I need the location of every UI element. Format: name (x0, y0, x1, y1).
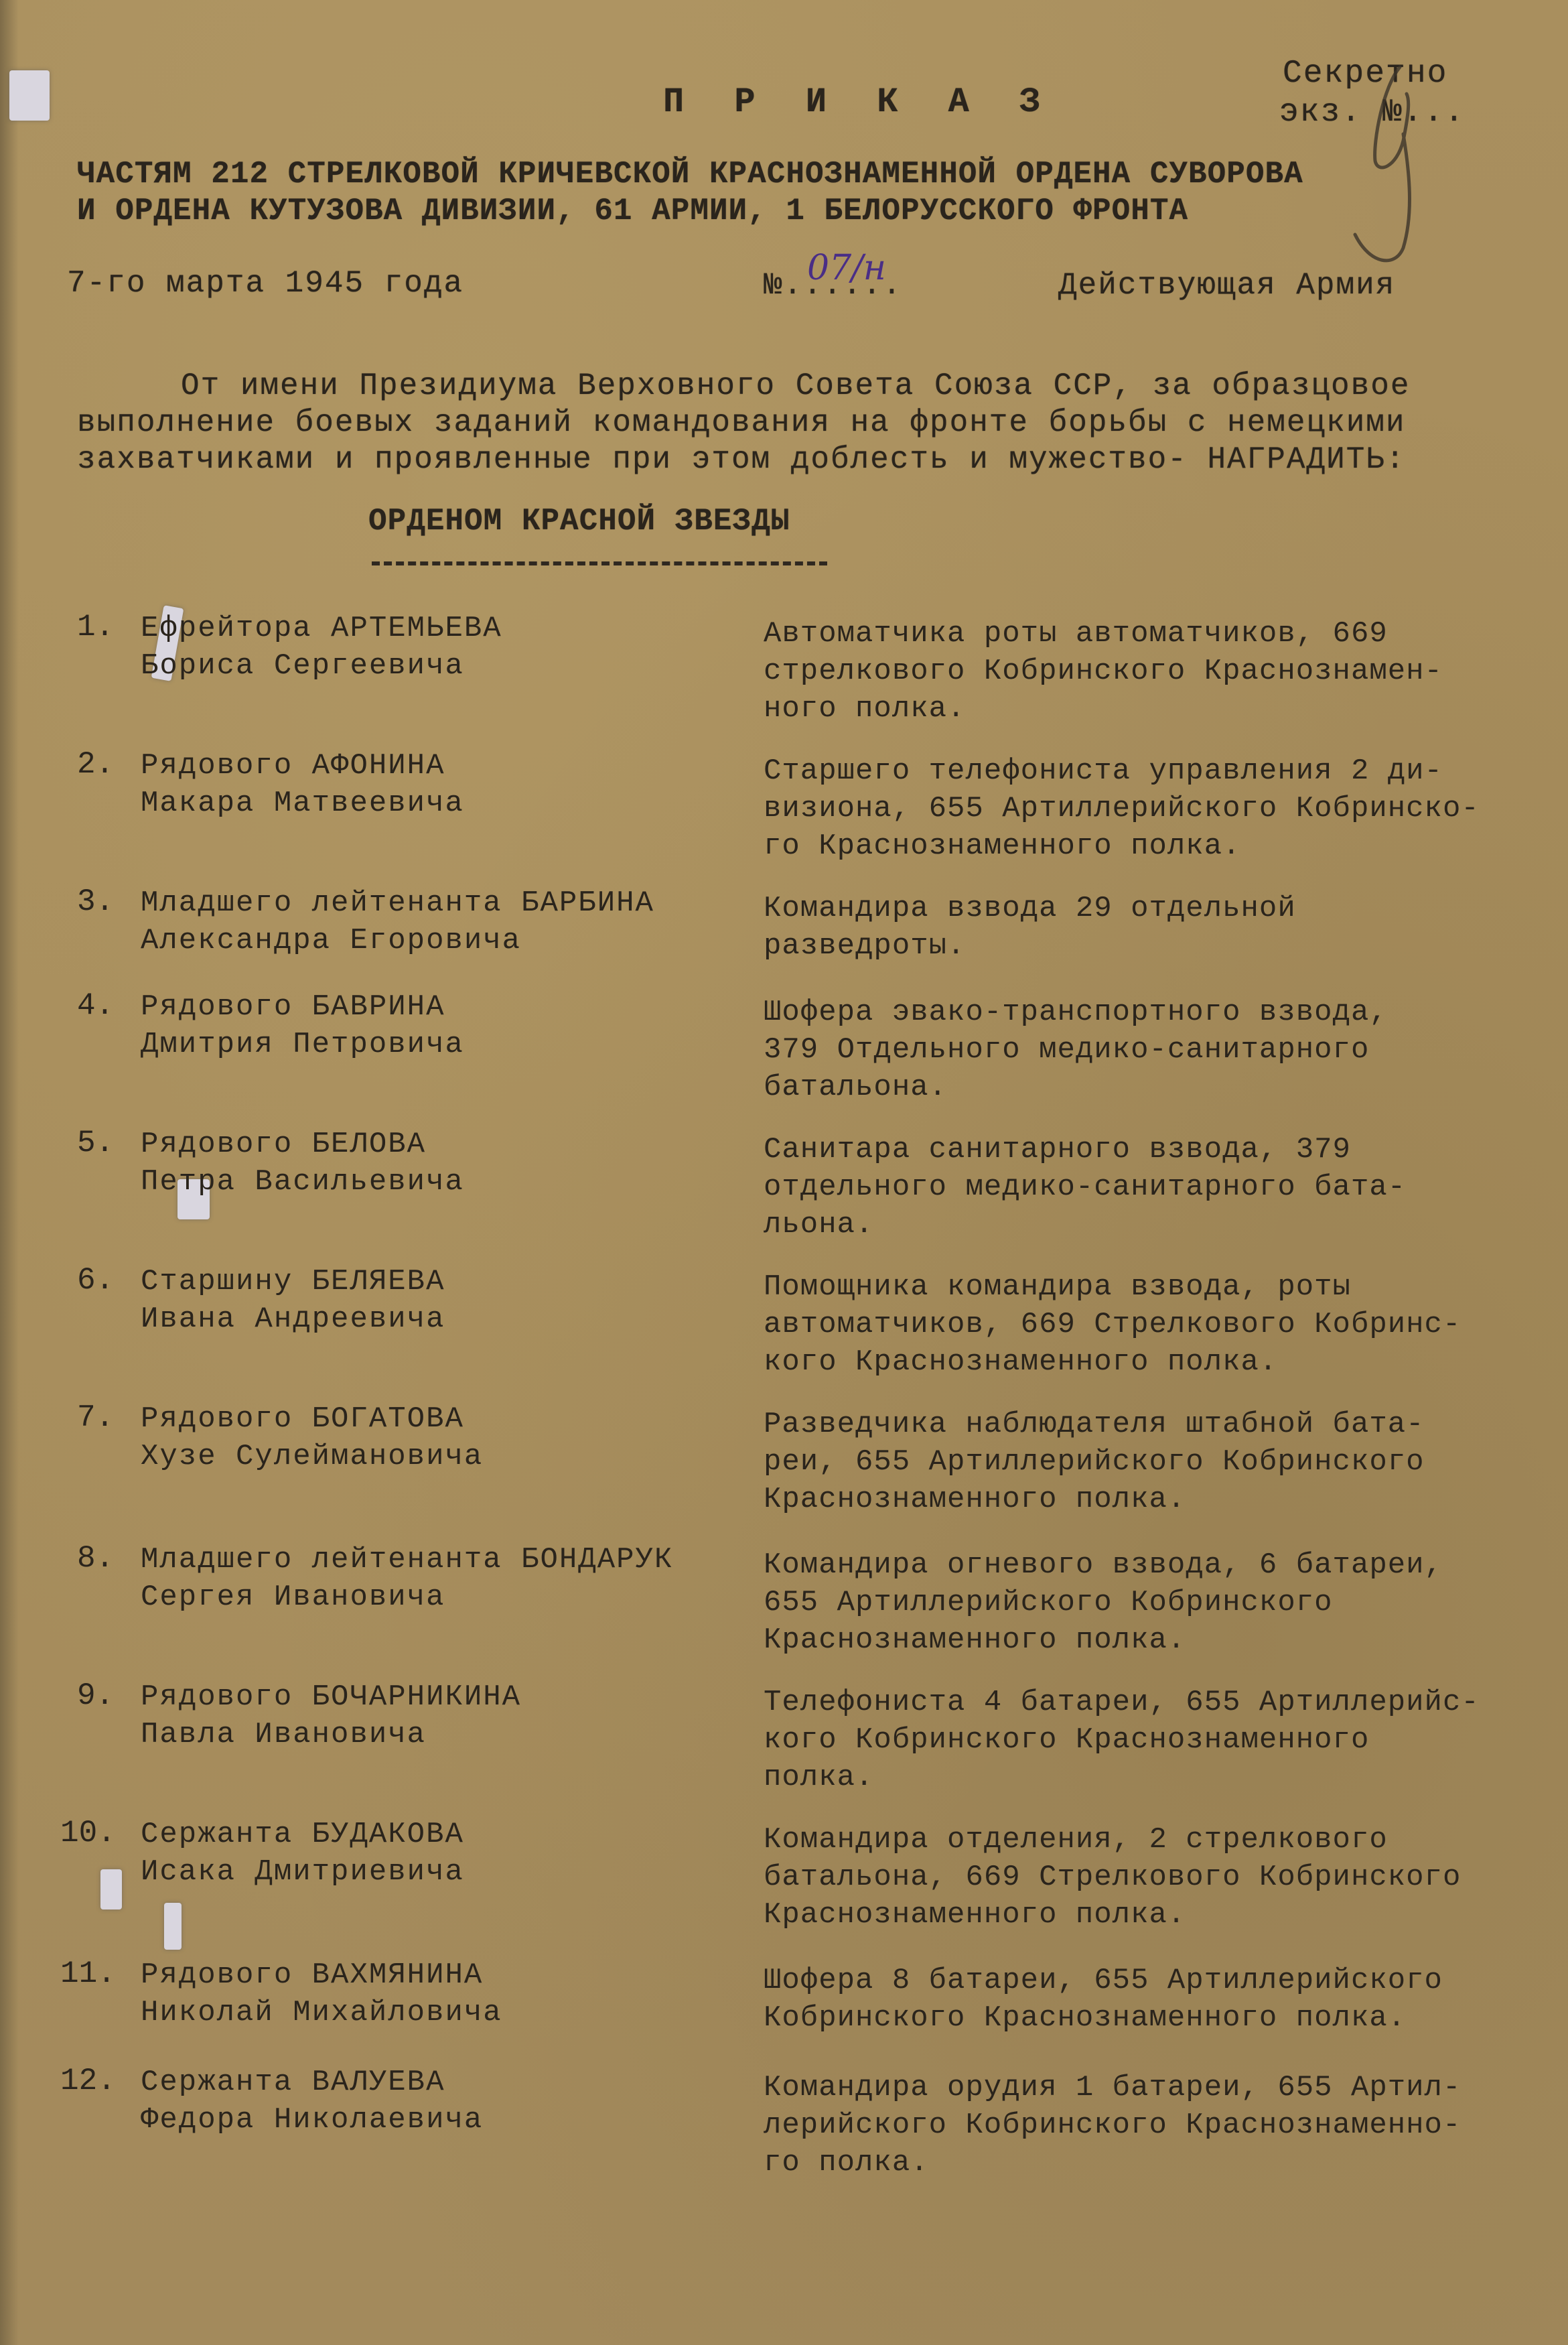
recipient-position-line: Шофера эвако-транспортного взвода, (764, 994, 1388, 1031)
entry-number: 4. (77, 988, 114, 1023)
recipient-position-line: Старшего телефониста управления 2 ди- (764, 752, 1480, 790)
recipient-position-line: разведроты. (764, 927, 1296, 965)
recipient-position-line: Командира орудия 1 батареи, 655 Артил- (764, 2069, 1461, 2106)
recipient-name-line: Николай Михайловича (141, 1994, 502, 2031)
recipient-position-line: отдельного медико-санитарного бата- (764, 1168, 1406, 1206)
recipient-position-line: Разведчика наблюдателя штабной бата- (764, 1406, 1425, 1443)
recipient-position: Командира взвода 29 отдельнойразведроты. (764, 890, 1296, 965)
recipient-position-line: Автоматчика роты автоматчиков, 669 (764, 615, 1443, 653)
recipient-name-line: Хузе Сулеймановича (141, 1438, 483, 1475)
recipient-position: Автоматчика роты автоматчиков, 669стрелк… (764, 615, 1443, 728)
recipient-position-line: 655 Артиллерийского Кобринского (764, 1584, 1443, 1621)
recipient-position-line: Санитара санитарного взвода, 379 (764, 1131, 1406, 1168)
recipient-name-line: Бориса Сергеевича (141, 647, 502, 685)
recipient-name: Младшего лейтенанта БОНДАРУКСергея Ивано… (141, 1541, 673, 1616)
entry-number: 7. (77, 1400, 114, 1435)
recipient-name-line: Федора Николаевича (141, 2101, 483, 2139)
recipient-name-line: Сержанта ВАЛУЕВА (141, 2064, 483, 2101)
award-underline (372, 561, 827, 565)
recipient-name: Младшего лейтенанта БАРБИНААлександра Ег… (141, 884, 654, 959)
award-title: ОРДЕНОМ КРАСНОЙ ЗВЕЗДЫ (368, 503, 790, 540)
recipient-position-line: Телефониста 4 батареи, 655 Артиллерийс- (764, 1684, 1480, 1721)
recipient-name: Ефрейтора АРТЕМЬЕВАБориса Сергеевича (141, 610, 502, 685)
recipient-position-line: ного полка. (764, 690, 1443, 728)
recipient-position-line: автоматчиков, 669 Стрелкового Кобринс- (764, 1306, 1461, 1343)
recipient-position-line: Командира взвода 29 отдельной (764, 890, 1296, 927)
order-number-handwritten: 07/н (807, 248, 886, 288)
entry-number: 10. (60, 1816, 116, 1851)
addressee-line-2: И ОРДЕНА КУТУЗОВА ДИВИЗИИ, 61 АРМИИ, 1 Б… (77, 192, 1188, 230)
entry-number: 2. (77, 747, 114, 782)
recipient-name: Рядового БАВРИНАДмитрия Петровича (141, 988, 464, 1063)
recipient-name: Сержанта БУДАКОВАИсака Дмитриевича (141, 1816, 464, 1891)
recipient-position-line: Командира огневого взвода, 6 батареи, (764, 1546, 1443, 1584)
preamble-line-3: захватчиками и проявленные при этом добл… (77, 441, 1406, 478)
entry-number: 9. (77, 1678, 114, 1713)
recipient-position-line: кого Краснознаменного полка. (764, 1343, 1461, 1381)
punch-hole-top (9, 70, 50, 121)
handwritten-mark-icon (1336, 60, 1430, 275)
recipient-name: Рядового БОГАТОВАХузе Сулеймановича (141, 1400, 483, 1475)
recipient-position-line: лерийского Кобринского Краснознаменно- (764, 2106, 1461, 2144)
entry-number: 3. (77, 884, 114, 919)
addressee-line-1: ЧАСТЯМ 212 СТРЕЛКОВОЙ КРИЧЕВСКОЙ КРАСНОЗ… (77, 155, 1303, 193)
recipient-name: Рядового ВАХМЯНИНАНиколай Михайловича (141, 1956, 502, 2031)
recipient-name-line: Ивана Андреевича (141, 1300, 445, 1338)
page-edge-shadow (0, 0, 19, 2345)
entry-number: 1. (77, 610, 114, 645)
recipient-name: Рядового АФОНИНАМакара Матвеевича (141, 747, 464, 822)
recipient-name: Рядового БЕЛОВАПетра Васильевича (141, 1126, 464, 1201)
recipient-position-line: Краснознаменного полка. (764, 1481, 1425, 1518)
recipient-name-line: Рядового ВАХМЯНИНА (141, 1956, 502, 1994)
document-page: П Р И К А З Секретно экз. №... ЧАСТЯМ 21… (0, 0, 1568, 2345)
recipient-position-line: визиона, 655 Артиллерийского Кобринско- (764, 790, 1480, 827)
recipient-position: Старшего телефониста управления 2 ди-виз… (764, 752, 1480, 865)
recipient-name-line: Рядового БОГАТОВА (141, 1400, 483, 1438)
recipient-position-line: льона. (764, 1206, 1406, 1244)
recipient-position-line: Шофера 8 батареи, 655 Артиллерийского (764, 1962, 1443, 1999)
recipient-position-line: Краснознаменного полка. (764, 1621, 1443, 1659)
recipient-position-line: Краснознаменного полка. (764, 1896, 1461, 1934)
recipient-name-line: Младшего лейтенанта БОНДАРУК (141, 1541, 673, 1579)
preamble-line-1: От имени Президиума Верховного Совета Со… (181, 367, 1410, 405)
recipient-name-line: Исака Дмитриевича (141, 1853, 464, 1891)
recipient-name-line: Рядового АФОНИНА (141, 747, 464, 785)
recipient-position: Разведчика наблюдателя штабной бата-реи,… (764, 1406, 1425, 1518)
order-date: 7-го марта 1945 года (67, 265, 464, 302)
entry-number: 5. (77, 1126, 114, 1160)
recipient-position-line: Кобринского Краснознаменного полка. (764, 1999, 1443, 2037)
recipient-position: Командира отделения, 2 стрелковогобаталь… (764, 1821, 1461, 1934)
recipient-name-line: Рядового БАВРИНА (141, 988, 464, 1026)
recipient-position-line: стрелкового Кобринского Краснознамен- (764, 653, 1443, 690)
recipient-position: Командира орудия 1 батареи, 655 Артил-ле… (764, 2069, 1461, 2182)
recipient-position-line: батальона. (764, 1069, 1388, 1106)
document-title: П Р И К А З (663, 84, 1055, 121)
recipient-position: Шофера эвако-транспортного взвода,379 От… (764, 994, 1388, 1106)
recipient-name-line: Младшего лейтенанта БАРБИНА (141, 884, 654, 922)
recipient-name-line: Петра Васильевича (141, 1163, 464, 1201)
recipient-position-line: кого Кобринского Краснознаменного (764, 1721, 1480, 1759)
recipient-name-line: Рядового БЕЛОВА (141, 1126, 464, 1163)
recipient-position: Командира огневого взвода, 6 батареи,655… (764, 1546, 1443, 1659)
recipient-position: Санитара санитарного взвода, 379отдельно… (764, 1131, 1406, 1244)
preamble-line-2: выполнение боевых заданий командования н… (77, 404, 1406, 442)
recipient-position-line: батальона, 669 Стрелкового Кобринского (764, 1859, 1461, 1896)
recipient-position-line: го полка. (764, 2144, 1461, 2182)
entry-number: 12. (60, 2064, 116, 2098)
recipient-position: Помощника командира взвода, ротыавтоматч… (764, 1268, 1461, 1381)
recipient-name-line: Александра Егоровича (141, 922, 654, 959)
recipient-name-line: Павла Ивановича (141, 1716, 521, 1753)
recipient-position-line: реи, 655 Артиллерийского Кобринского (764, 1443, 1425, 1481)
entry-number: 11. (60, 1956, 116, 1991)
paper-tear-3 (100, 1869, 122, 1910)
recipient-name-line: Старшину БЕЛЯЕВА (141, 1263, 445, 1300)
recipient-name: Рядового БОЧАРНИКИНАПавла Ивановича (141, 1678, 521, 1753)
recipient-position-line: го Краснознаменного полка. (764, 827, 1480, 865)
location: Действующая Армия (1058, 267, 1395, 304)
recipient-name-line: Дмитрия Петровича (141, 1026, 464, 1063)
recipient-name: Старшину БЕЛЯЕВАИвана Андреевича (141, 1263, 445, 1338)
recipient-position: Телефониста 4 батареи, 655 Артиллерийс-к… (764, 1684, 1480, 1796)
recipient-name: Сержанта ВАЛУЕВАФедора Николаевича (141, 2064, 483, 2139)
entry-number: 6. (77, 1263, 114, 1298)
recipient-name-line: Ефрейтора АРТЕМЬЕВА (141, 610, 502, 647)
entry-number: 8. (77, 1541, 114, 1576)
recipient-position-line: 379 Отдельного медико-санитарного (764, 1031, 1388, 1069)
recipient-name-line: Рядового БОЧАРНИКИНА (141, 1678, 521, 1716)
recipient-name-line: Сергея Ивановича (141, 1579, 673, 1616)
recipient-position-line: Командира отделения, 2 стрелкового (764, 1821, 1461, 1859)
recipient-position: Шофера 8 батареи, 655 АртиллерийскогоКоб… (764, 1962, 1443, 2037)
recipient-position-line: Помощника командира взвода, роты (764, 1268, 1461, 1306)
paper-tear-4 (164, 1903, 182, 1950)
recipient-position-line: полка. (764, 1759, 1480, 1796)
recipient-name-line: Сержанта БУДАКОВА (141, 1816, 464, 1853)
recipient-name-line: Макара Матвеевича (141, 785, 464, 822)
